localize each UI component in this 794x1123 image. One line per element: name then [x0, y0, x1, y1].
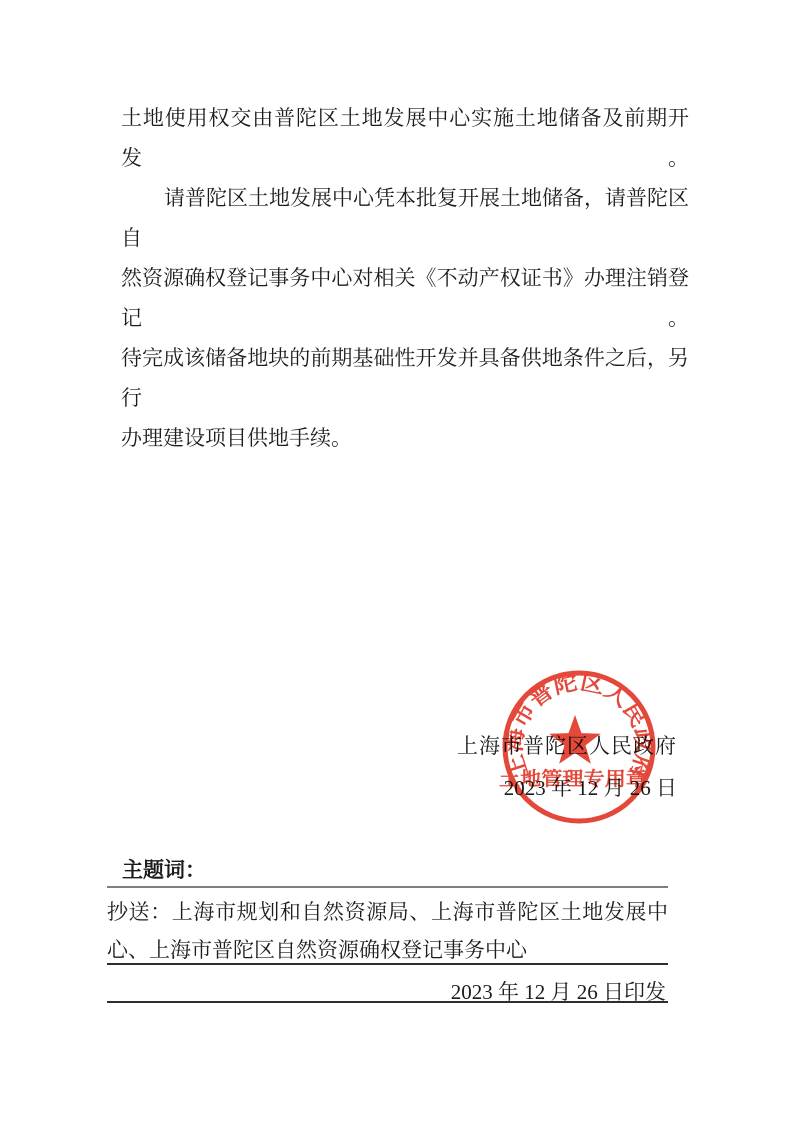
official-seal: 上海市普陀区人民政府 土地管理专用章 [496, 664, 662, 830]
body-line: 然资源确权登记事务中心对相关《不动产权证书》办理注销登记。 [121, 258, 689, 338]
divider [107, 1001, 668, 1003]
cc-line: 抄送：上海市规划和自然资源局、上海市普陀区土地发展中 [107, 893, 668, 931]
body-line: 土地使用权交由普陀区土地发展中心实施土地储备及前期开发。 [121, 98, 689, 178]
body-line: 办理建设项目供地手续。 [121, 418, 689, 458]
seal-banner-text: 土地管理专用章 [499, 767, 647, 790]
body-text: 土地使用权交由普陀区土地发展中心实施土地储备及前期开发。 请普陀区土地发展中心凭… [121, 98, 689, 458]
document-page: 土地使用权交由普陀区土地发展中心实施土地储备及前期开发。 请普陀区土地发展中心凭… [0, 0, 794, 1123]
seal-star-icon [549, 715, 600, 764]
divider [107, 886, 668, 888]
body-line: 待完成该储备地块的前期基础性开发并具备供地条件之后，另行 [121, 338, 689, 418]
cc-block: 抄送：上海市规划和自然资源局、上海市普陀区土地发展中 心、上海市普陀区自然资源确… [107, 893, 668, 969]
divider [107, 963, 668, 965]
subject-label: 主题词： [122, 854, 206, 884]
body-line: 请普陀区土地发展中心凭本批复开展土地储备，请普陀区自 [121, 178, 689, 258]
